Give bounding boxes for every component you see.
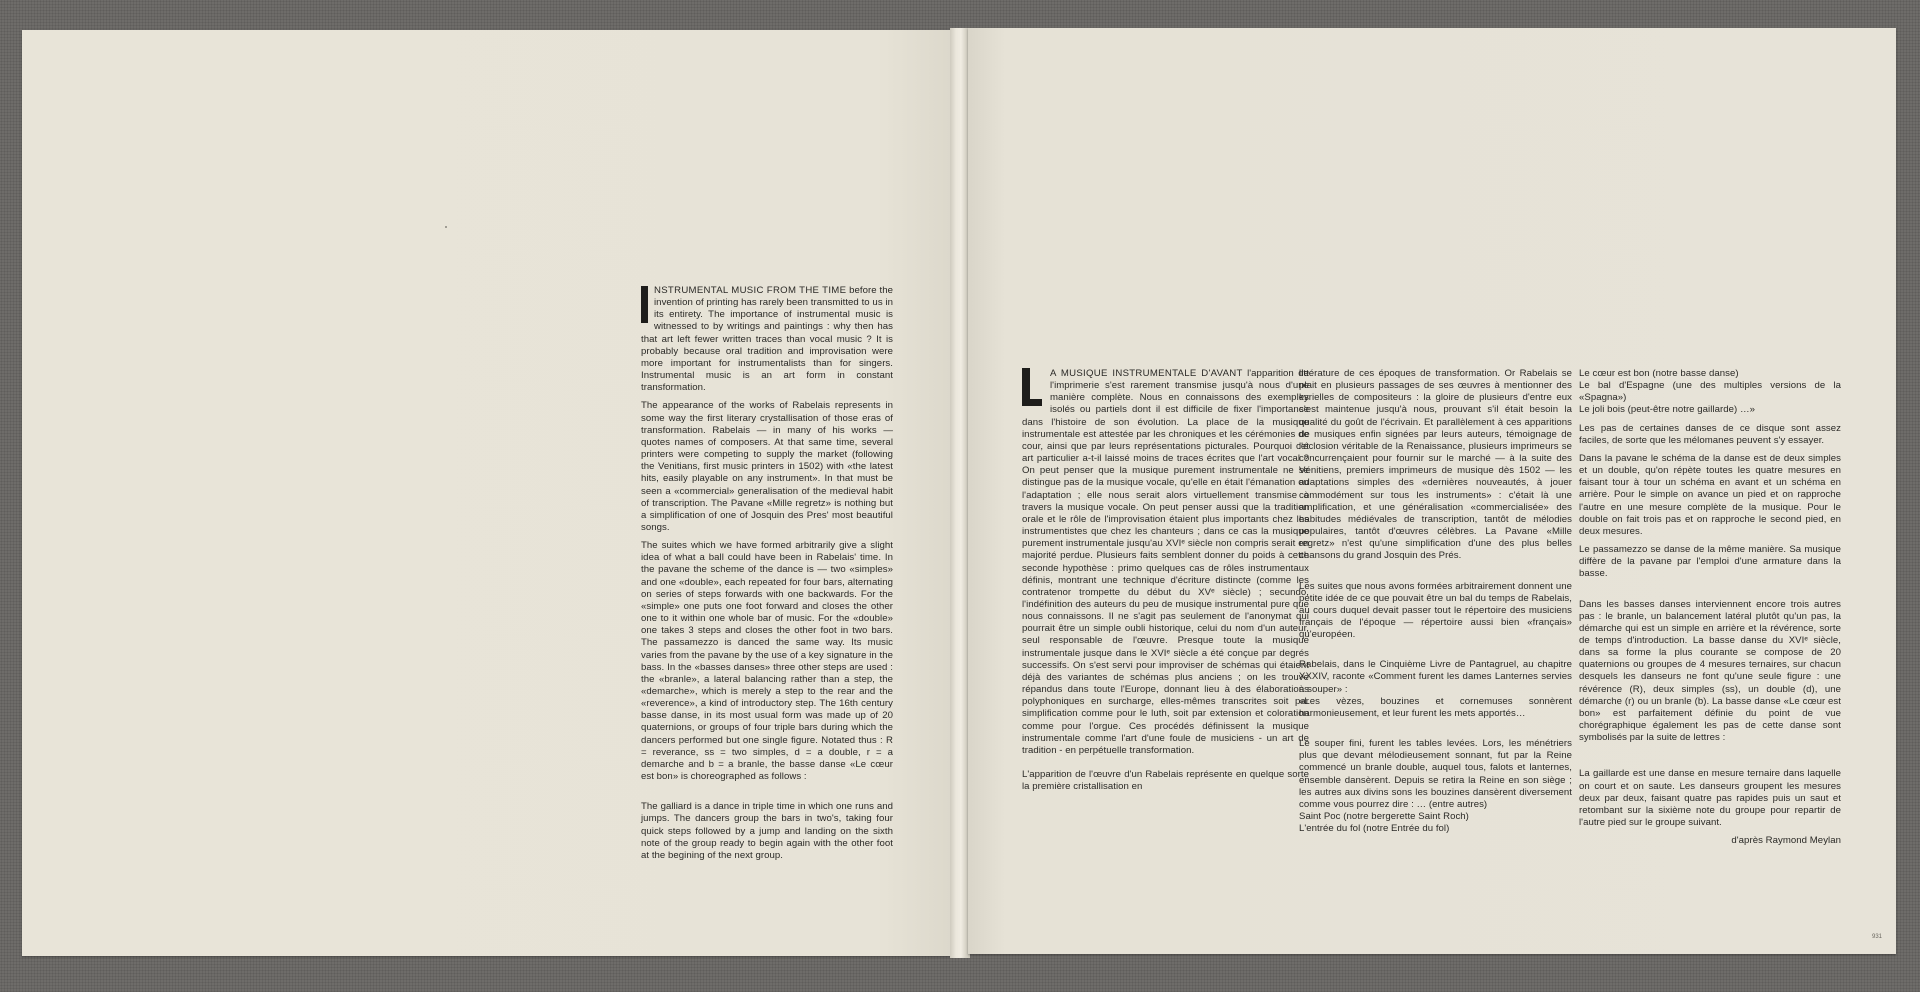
french-dance-title: Le joli bois (peut-être notre gaillarde)…: [1579, 404, 1841, 416]
french-paragraph: Les pas de certaines danses de ce disque…: [1579, 423, 1841, 447]
french-column-1: L A MUSIQUE INSTRUMENTALE D'AVANT l'appa…: [1022, 368, 1309, 799]
english-paragraph: The suites which we have formed arbitrar…: [641, 540, 893, 783]
dropcap-l: L: [1022, 368, 1044, 406]
french-quote: Le souper fini, furent les tables levées…: [1299, 738, 1572, 811]
english-paragraph: The galliard is a dance in triple time i…: [641, 801, 893, 862]
french-dance-title: Saint Poc (notre bergerette Saint Roch): [1299, 811, 1572, 823]
french-paragraph: Le passamezzo se danse de la même manièr…: [1579, 544, 1841, 580]
english-paragraph: before the invention of printing has rar…: [641, 285, 893, 393]
page-speck: [445, 226, 447, 228]
french-column-2: littérature de ces époques de transforma…: [1299, 368, 1572, 835]
english-paragraph: The appearance of the works of Rabelais …: [641, 400, 893, 534]
page-number: 931: [1872, 934, 1882, 940]
french-paragraph: Dans les basses danses interviennent enc…: [1579, 599, 1841, 745]
english-text-column: I NSTRUMENTAL MUSIC FROM THE TIME before…: [641, 285, 893, 868]
french-paragraph: l'apparition de l'imprimerie s'est rarem…: [1022, 368, 1309, 756]
french-column-3: Le cœur est bon (notre basse danse) Le b…: [1579, 368, 1841, 853]
gatefold-spine: [950, 28, 970, 958]
dropcap-i: I: [641, 286, 648, 323]
french-heading: A MUSIQUE INSTRUMENTALE D'AVANT: [1050, 368, 1243, 379]
french-paragraph: littérature de ces époques de transforma…: [1299, 368, 1572, 563]
french-paragraph: L'apparition de l'œuvre d'un Rabelais re…: [1022, 769, 1309, 793]
author-signature: d'après Raymond Meylan: [1579, 835, 1841, 847]
french-paragraph: Rabelais, dans le Cinquième Livre de Pan…: [1299, 659, 1572, 695]
french-paragraph: La gaillarde est une danse en mesure ter…: [1579, 768, 1841, 829]
french-paragraph: Les suites que nous avons formées arbitr…: [1299, 581, 1572, 642]
french-paragraph: Dans la pavane le schéma de la danse est…: [1579, 453, 1841, 538]
french-quote: «Les vèzes, bouzines et cornemuses sonnè…: [1299, 696, 1572, 720]
french-dance-title: L'entrée du fol (notre Entrée du fol): [1299, 823, 1572, 835]
french-dance-title: Le bal d'Espagne (une des multiples vers…: [1579, 380, 1841, 404]
french-dance-title: Le cœur est bon (notre basse danse): [1579, 368, 1841, 380]
english-heading: NSTRUMENTAL MUSIC FROM THE TIME: [654, 285, 846, 296]
